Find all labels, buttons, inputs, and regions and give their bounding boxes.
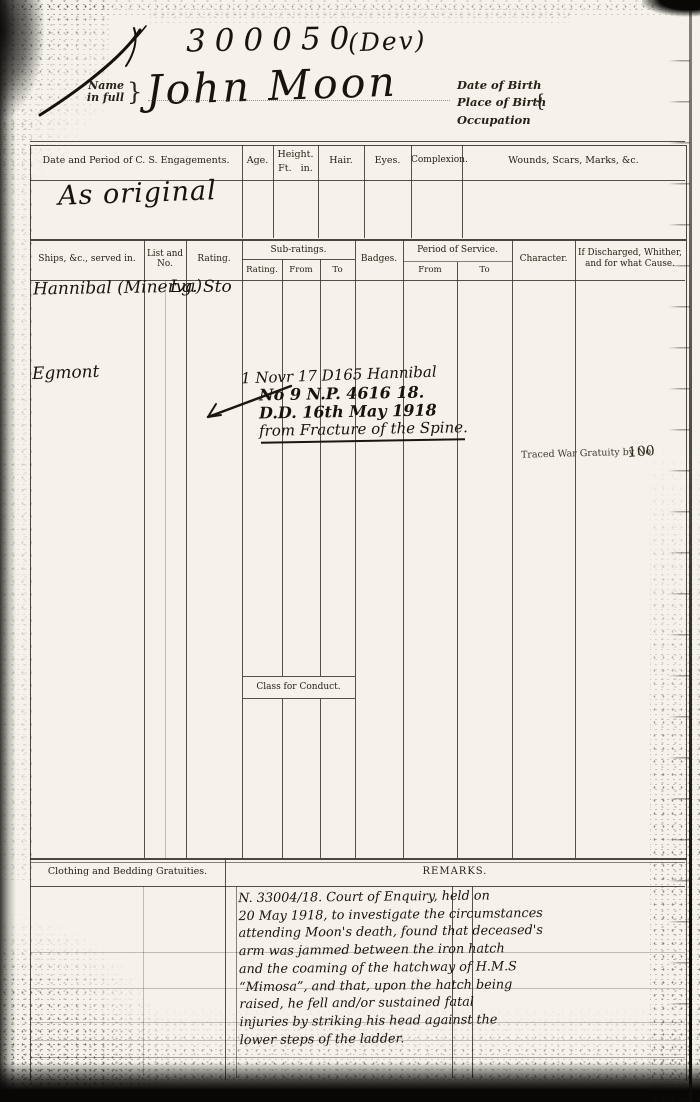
remarks-header: REMARKS. <box>225 866 685 877</box>
annotation-line4: from Fracture of the Spine. <box>259 418 468 440</box>
pen-mark <box>22 20 162 130</box>
place-of-birth-label: Place of Birth <box>457 95 546 109</box>
col-header-ships: Ships, &c., served in. <box>30 254 144 264</box>
table-rule <box>30 141 685 142</box>
scan-artifact-left-speckle <box>0 120 34 880</box>
table-column-line <box>320 259 321 858</box>
remarks-line: injuries by striking his head against th… <box>239 1012 455 1032</box>
col-header-height-units: Ft. in. <box>273 163 318 174</box>
remarks-line: attending Moon's death, found that decea… <box>239 923 455 943</box>
table-column-line <box>457 262 458 858</box>
table-rule <box>30 862 685 863</box>
table-column-line <box>144 240 145 858</box>
col-header-rating: Rating. <box>186 254 242 264</box>
name-dotted-line <box>148 100 450 101</box>
remarks-line: “Mimosa”, and that, upon the hatch being <box>239 976 455 996</box>
table-rule <box>242 259 355 260</box>
col-header-height: Height. <box>273 149 318 160</box>
service-record-page: 300050 (Dev) Name in full } John Moon Da… <box>0 0 700 1102</box>
service-table <box>30 240 687 860</box>
remarks-line: arm was jammed between the iron hatch <box>239 941 455 961</box>
remarks-line: raised, he fell and/or sustained fatal <box>239 994 455 1014</box>
remarks-line: lower steps of the ladder. <box>240 1029 456 1049</box>
col-header-period-from: From <box>403 265 457 275</box>
table-column-line <box>236 886 237 1078</box>
table-rule <box>30 886 685 887</box>
table-column-line <box>143 886 144 1076</box>
table-column-line <box>165 280 166 858</box>
entry-ship-egmont: Egmont <box>32 362 100 384</box>
name-signature: John Moon <box>145 58 398 115</box>
table-column-line <box>225 858 226 1080</box>
col-header-wounds: Wounds, Scars, Marks, &c. <box>462 155 685 166</box>
remarks-line: and the coaming of the hatchway of H.M.S <box>239 959 455 979</box>
col-header-sub-from: From <box>282 265 320 275</box>
scan-artifact-top-right-blob <box>642 0 700 24</box>
col-header-period-to: To <box>457 265 512 275</box>
name-brace: } <box>127 78 142 106</box>
col-header-character: Character. <box>512 254 575 264</box>
war-gratuity-number: 100 <box>627 443 655 461</box>
table-column-line <box>186 240 187 858</box>
col-header-engagements: Date and Period of C. S. Engagements. <box>30 155 242 166</box>
col-header-period: Period of Service. <box>403 245 512 255</box>
remarks-line: N. 33004/18. Court of Enquiry, held on <box>238 888 454 908</box>
col-header-list-no: List and No. <box>144 249 186 269</box>
col-header-sub-ratings: Sub-ratings. <box>242 245 355 255</box>
col-header-age: Age. <box>242 155 273 166</box>
serial-number: 300050 <box>186 20 359 59</box>
col-header-badges: Badges. <box>355 254 403 264</box>
entry-rating-lg-sto: Lg. Sto <box>170 277 232 297</box>
col-header-eyes: Eyes. <box>364 155 411 166</box>
name-label-line2: in full <box>70 92 124 104</box>
table-column-line <box>575 240 576 858</box>
table-column-line <box>282 259 283 858</box>
col-header-sub-to: To <box>320 265 355 275</box>
clothing-header: Clothing and Bedding Gratuities. <box>30 866 225 877</box>
scan-artifact-corner-blob <box>0 0 70 150</box>
col-header-complexion: Complexion. <box>411 155 462 165</box>
remarks-text: N. 33004/18. Court of Enquiry, held on 2… <box>238 888 456 1050</box>
scan-artifact-top-smudge <box>150 8 570 24</box>
class-for-conduct-box: Class for Conduct. <box>243 676 355 699</box>
remarks-line: 20 May 1918, to investigate the circumst… <box>238 906 454 926</box>
scan-artifact-right-edge-line <box>689 10 692 1102</box>
entry-engagements: As original <box>58 175 218 212</box>
scan-artifact-top-band <box>0 0 700 16</box>
occupation-label: Occupation <box>457 113 531 127</box>
col-header-discharged: If Discharged, Whither, and for what Cau… <box>577 248 683 269</box>
name-label: Name in full <box>70 80 124 104</box>
class-for-conduct-label: Class for Conduct. <box>243 682 355 692</box>
table-column-line <box>242 240 243 858</box>
col-header-hair: Hair. <box>318 155 364 166</box>
serial-port: (Dev) <box>348 26 427 58</box>
table-column-line <box>512 240 513 858</box>
date-of-birth-label: Date of Birth <box>457 78 542 92</box>
table-column-line <box>355 240 356 858</box>
ruled-line <box>30 1057 685 1058</box>
table-column-line <box>403 240 404 858</box>
col-header-sub-rating: Rating. <box>242 265 282 275</box>
place-of-birth-brace: { <box>534 91 545 112</box>
scan-artifact-left-edge <box>0 0 16 1102</box>
